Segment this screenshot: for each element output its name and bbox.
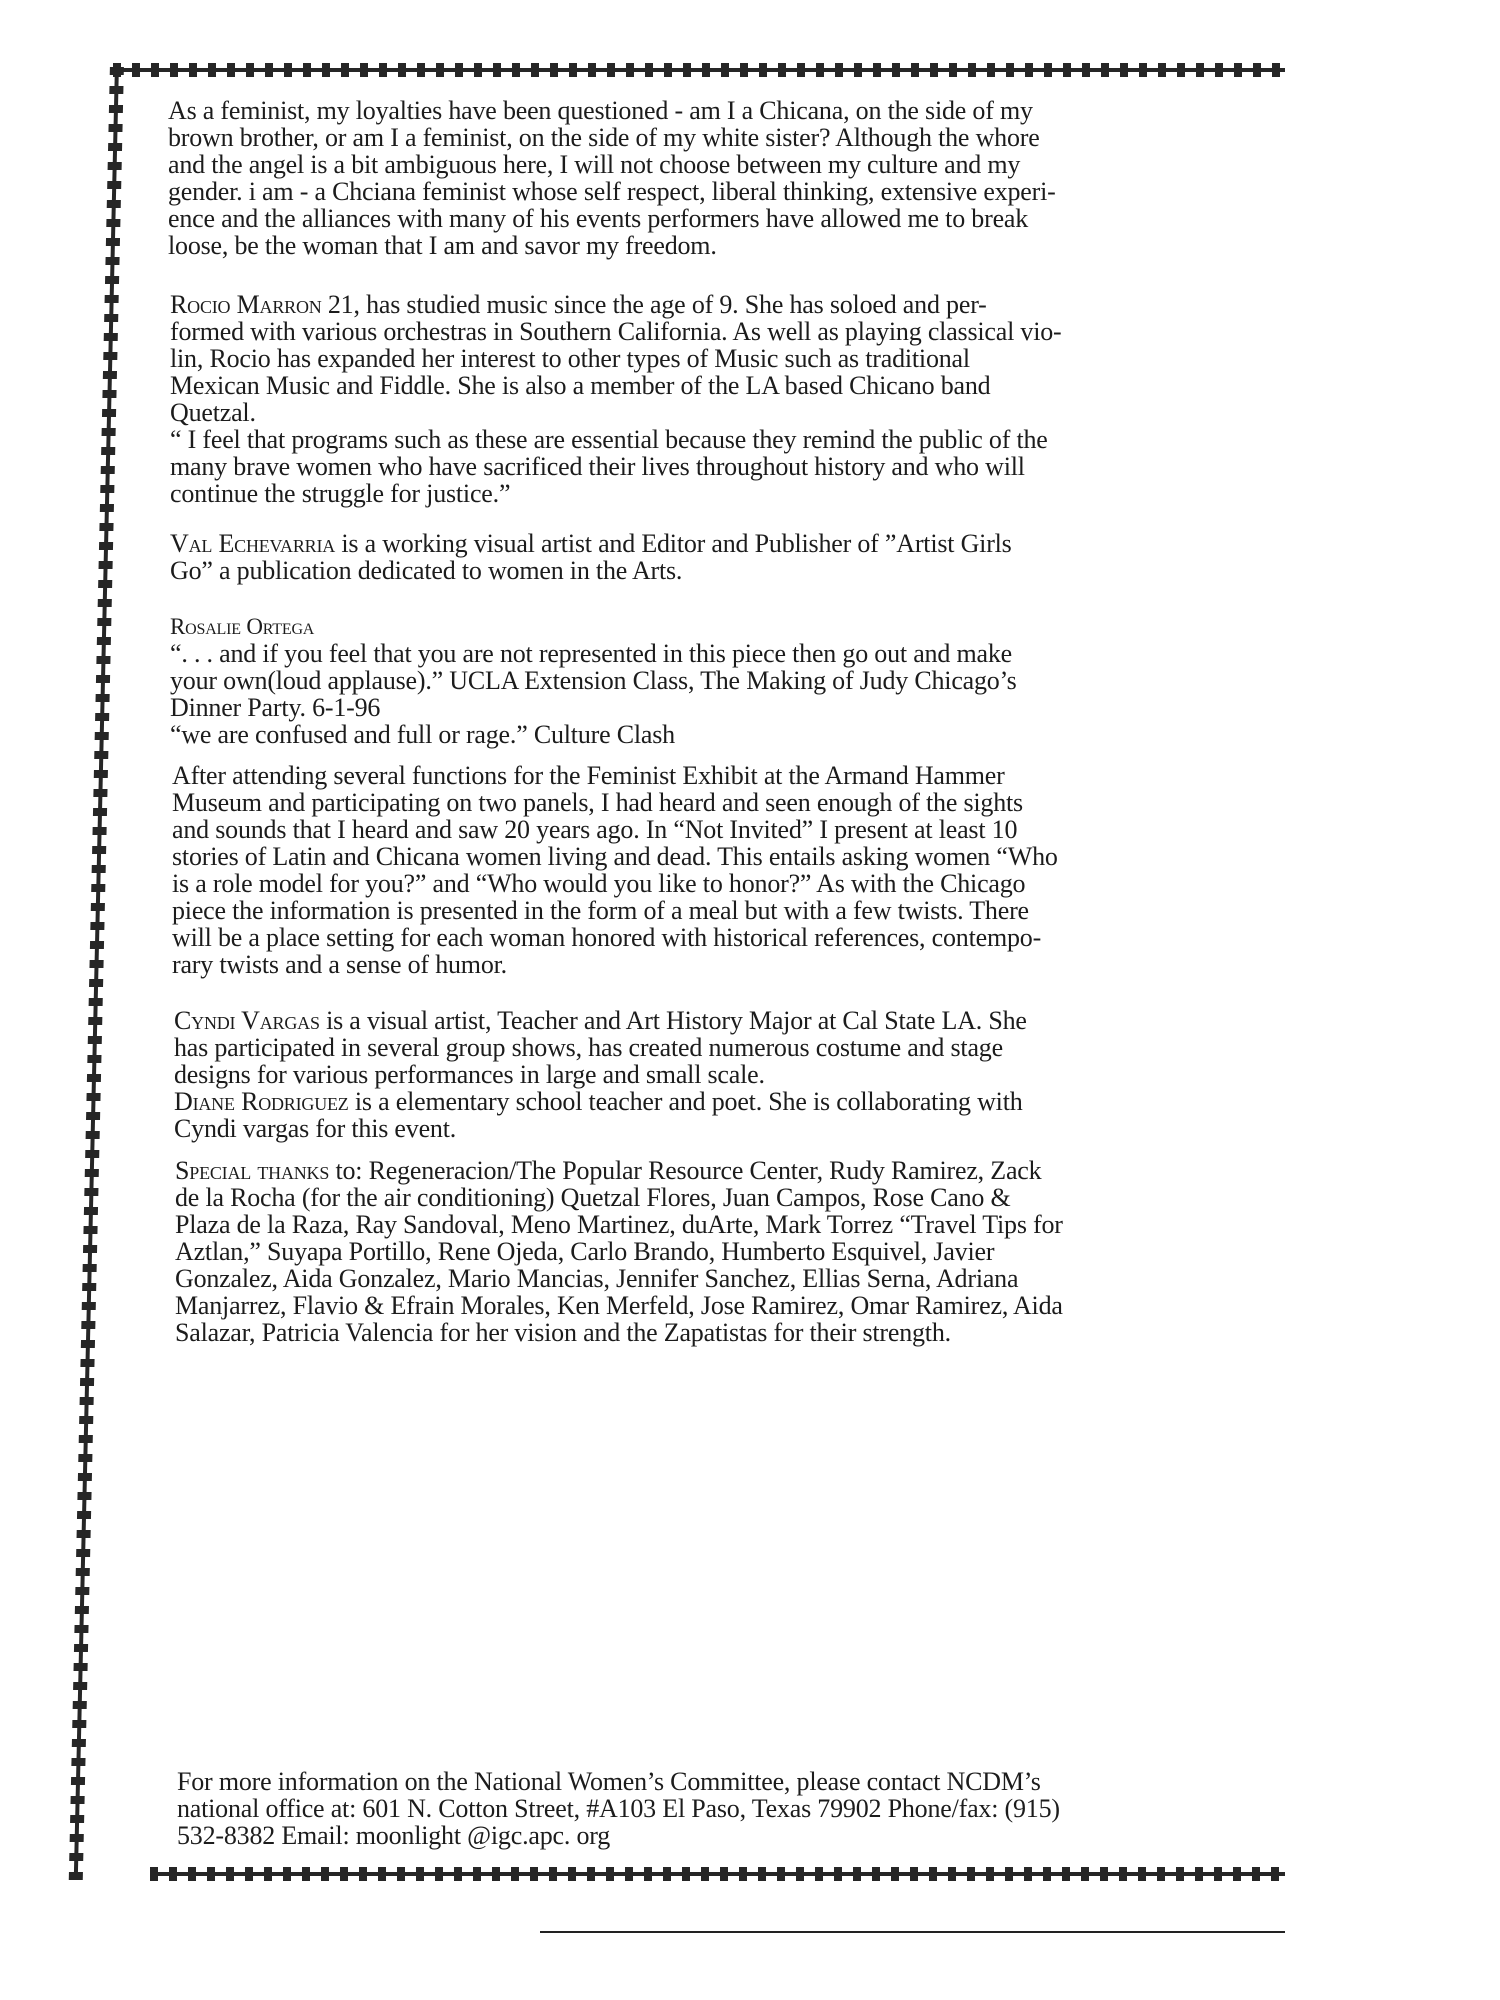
text-line: Quetzal. — [170, 399, 1280, 426]
text-line: Go” a publication dedicated to women in … — [170, 557, 1280, 584]
bio-cyndi-vargas: Cyndi Vargas is a visual artist, Teacher… — [174, 1007, 1284, 1088]
text-line: Val Echevarria is a working visual artis… — [170, 530, 1280, 557]
bio-rosalie-ortega: Rosalie Ortega “. . . and if you feel th… — [170, 613, 1280, 748]
text-line: Diane Rodriguez is a elementary school t… — [174, 1088, 1284, 1115]
quote-line: your own(loud applause).” UCLA Extension… — [170, 667, 1280, 694]
quote-line: “ I feel that programs such as these are… — [170, 426, 1280, 453]
text-fragment: 21, has studied music since the age of 9… — [322, 290, 987, 319]
text-line: For more information on the National Wom… — [177, 1768, 1287, 1795]
intro-paragraph: As a feminist, my loyalties have been qu… — [168, 97, 1278, 259]
frame-top-border — [113, 63, 1285, 77]
text-line: After attending several functions for th… — [172, 762, 1282, 789]
text-line: Salazar, Patricia Valencia for her visio… — [175, 1319, 1285, 1346]
text-line: de la Rocha (for the air conditioning) Q… — [175, 1184, 1285, 1211]
text-line: rary twists and a sense of humor. — [172, 951, 1282, 978]
text-line: Manjarrez, Flavio & Efrain Morales, Ken … — [175, 1292, 1285, 1319]
performer-name: Cyndi Vargas — [174, 1006, 320, 1035]
text-fragment: is a visual artist, Teacher and Art Hist… — [320, 1006, 1027, 1035]
bio-val-echevarria: Val Echevarria is a working visual artis… — [170, 530, 1280, 584]
frame-left-border — [69, 63, 124, 1880]
text-line: has participated in several group shows,… — [174, 1034, 1284, 1061]
performer-name: Val Echevarria — [170, 529, 335, 558]
quote-line: Dinner Party. 6-1-96 — [170, 694, 1280, 721]
contact-email-line: 532-8382 Email: moonlight @igc.apc. org — [177, 1822, 1287, 1849]
text-line: Museum and participating on two panels, … — [172, 789, 1282, 816]
text-line: and sounds that I heard and saw 20 years… — [172, 816, 1282, 843]
frame-bottom-border — [150, 1867, 1285, 1881]
contact-paragraph: For more information on the National Wom… — [177, 1768, 1287, 1849]
text-line: brown brother, or am I a feminist, on th… — [168, 124, 1278, 151]
text-line: Cyndi Vargas is a visual artist, Teacher… — [174, 1007, 1284, 1034]
text-line: is a role model for you?” and “Who would… — [172, 870, 1282, 897]
text-line: will be a place setting for each woman h… — [172, 924, 1282, 951]
quote-line: “. . . and if you feel that you are not … — [170, 640, 1280, 667]
text-line: Aztlan,” Suyapa Portillo, Rene Ojeda, Ca… — [175, 1238, 1285, 1265]
text-line: As a feminist, my loyalties have been qu… — [168, 97, 1278, 124]
text-line: Special thanks to: Regeneracion/The Popu… — [175, 1157, 1285, 1184]
performer-name: Diane Rodriguez — [174, 1087, 349, 1116]
performer-name: Rosalie Ortega — [170, 613, 1280, 640]
special-thanks-paragraph: Special thanks to: Regeneracion/The Popu… — [175, 1157, 1285, 1346]
text-line: Mexican Music and Fiddle. She is also a … — [170, 372, 1280, 399]
text-line: formed with various orchestras in Southe… — [170, 318, 1280, 345]
text-line: loose, be the woman that I am and savor … — [168, 232, 1278, 259]
text-line: national office at: 601 N. Cotton Street… — [177, 1795, 1287, 1822]
text-fragment: to: Regeneracion/The Popular Resource Ce… — [329, 1156, 1041, 1185]
text-line: piece the information is presented in th… — [172, 897, 1282, 924]
text-fragment: is a elementary school teacher and poet.… — [349, 1087, 1023, 1116]
quote-line: continue the struggle for justice.” — [170, 480, 1280, 507]
bio-rocio-marron: Rocio Marron 21, has studied music since… — [170, 291, 1280, 507]
text-line: designs for various performances in larg… — [174, 1061, 1284, 1088]
text-line: lin, Rocio has expanded her interest to … — [170, 345, 1280, 372]
bio-diane-rodriguez: Diane Rodriguez is a elementary school t… — [174, 1088, 1284, 1142]
text-line: and the angel is a bit ambiguous here, I… — [168, 151, 1278, 178]
text-fragment: is a working visual artist and Editor an… — [335, 529, 1012, 558]
quote-line: many brave women who have sacrificed the… — [170, 453, 1280, 480]
document-page: As a feminist, my loyalties have been qu… — [0, 0, 1500, 2000]
text-line: Cyndi vargas for this event. — [174, 1115, 1284, 1142]
performer-name: Rocio Marron — [170, 290, 322, 319]
footer-rule — [540, 1931, 1285, 1933]
not-invited-paragraph: After attending several functions for th… — [172, 762, 1282, 978]
text-line: stories of Latin and Chicana women livin… — [172, 843, 1282, 870]
text-line: Plaza de la Raza, Ray Sandoval, Meno Mar… — [175, 1211, 1285, 1238]
special-thanks-label: Special thanks — [175, 1156, 329, 1185]
text-line: ence and the alliances with many of his … — [168, 205, 1278, 232]
text-line: gender. i am - a Chciana feminist whose … — [168, 178, 1278, 205]
text-line: Rocio Marron 21, has studied music since… — [170, 291, 1280, 318]
quote-line: “we are confused and full or rage.” Cult… — [170, 721, 1280, 748]
text-line: Gonzalez, Aida Gonzalez, Mario Mancias, … — [175, 1265, 1285, 1292]
